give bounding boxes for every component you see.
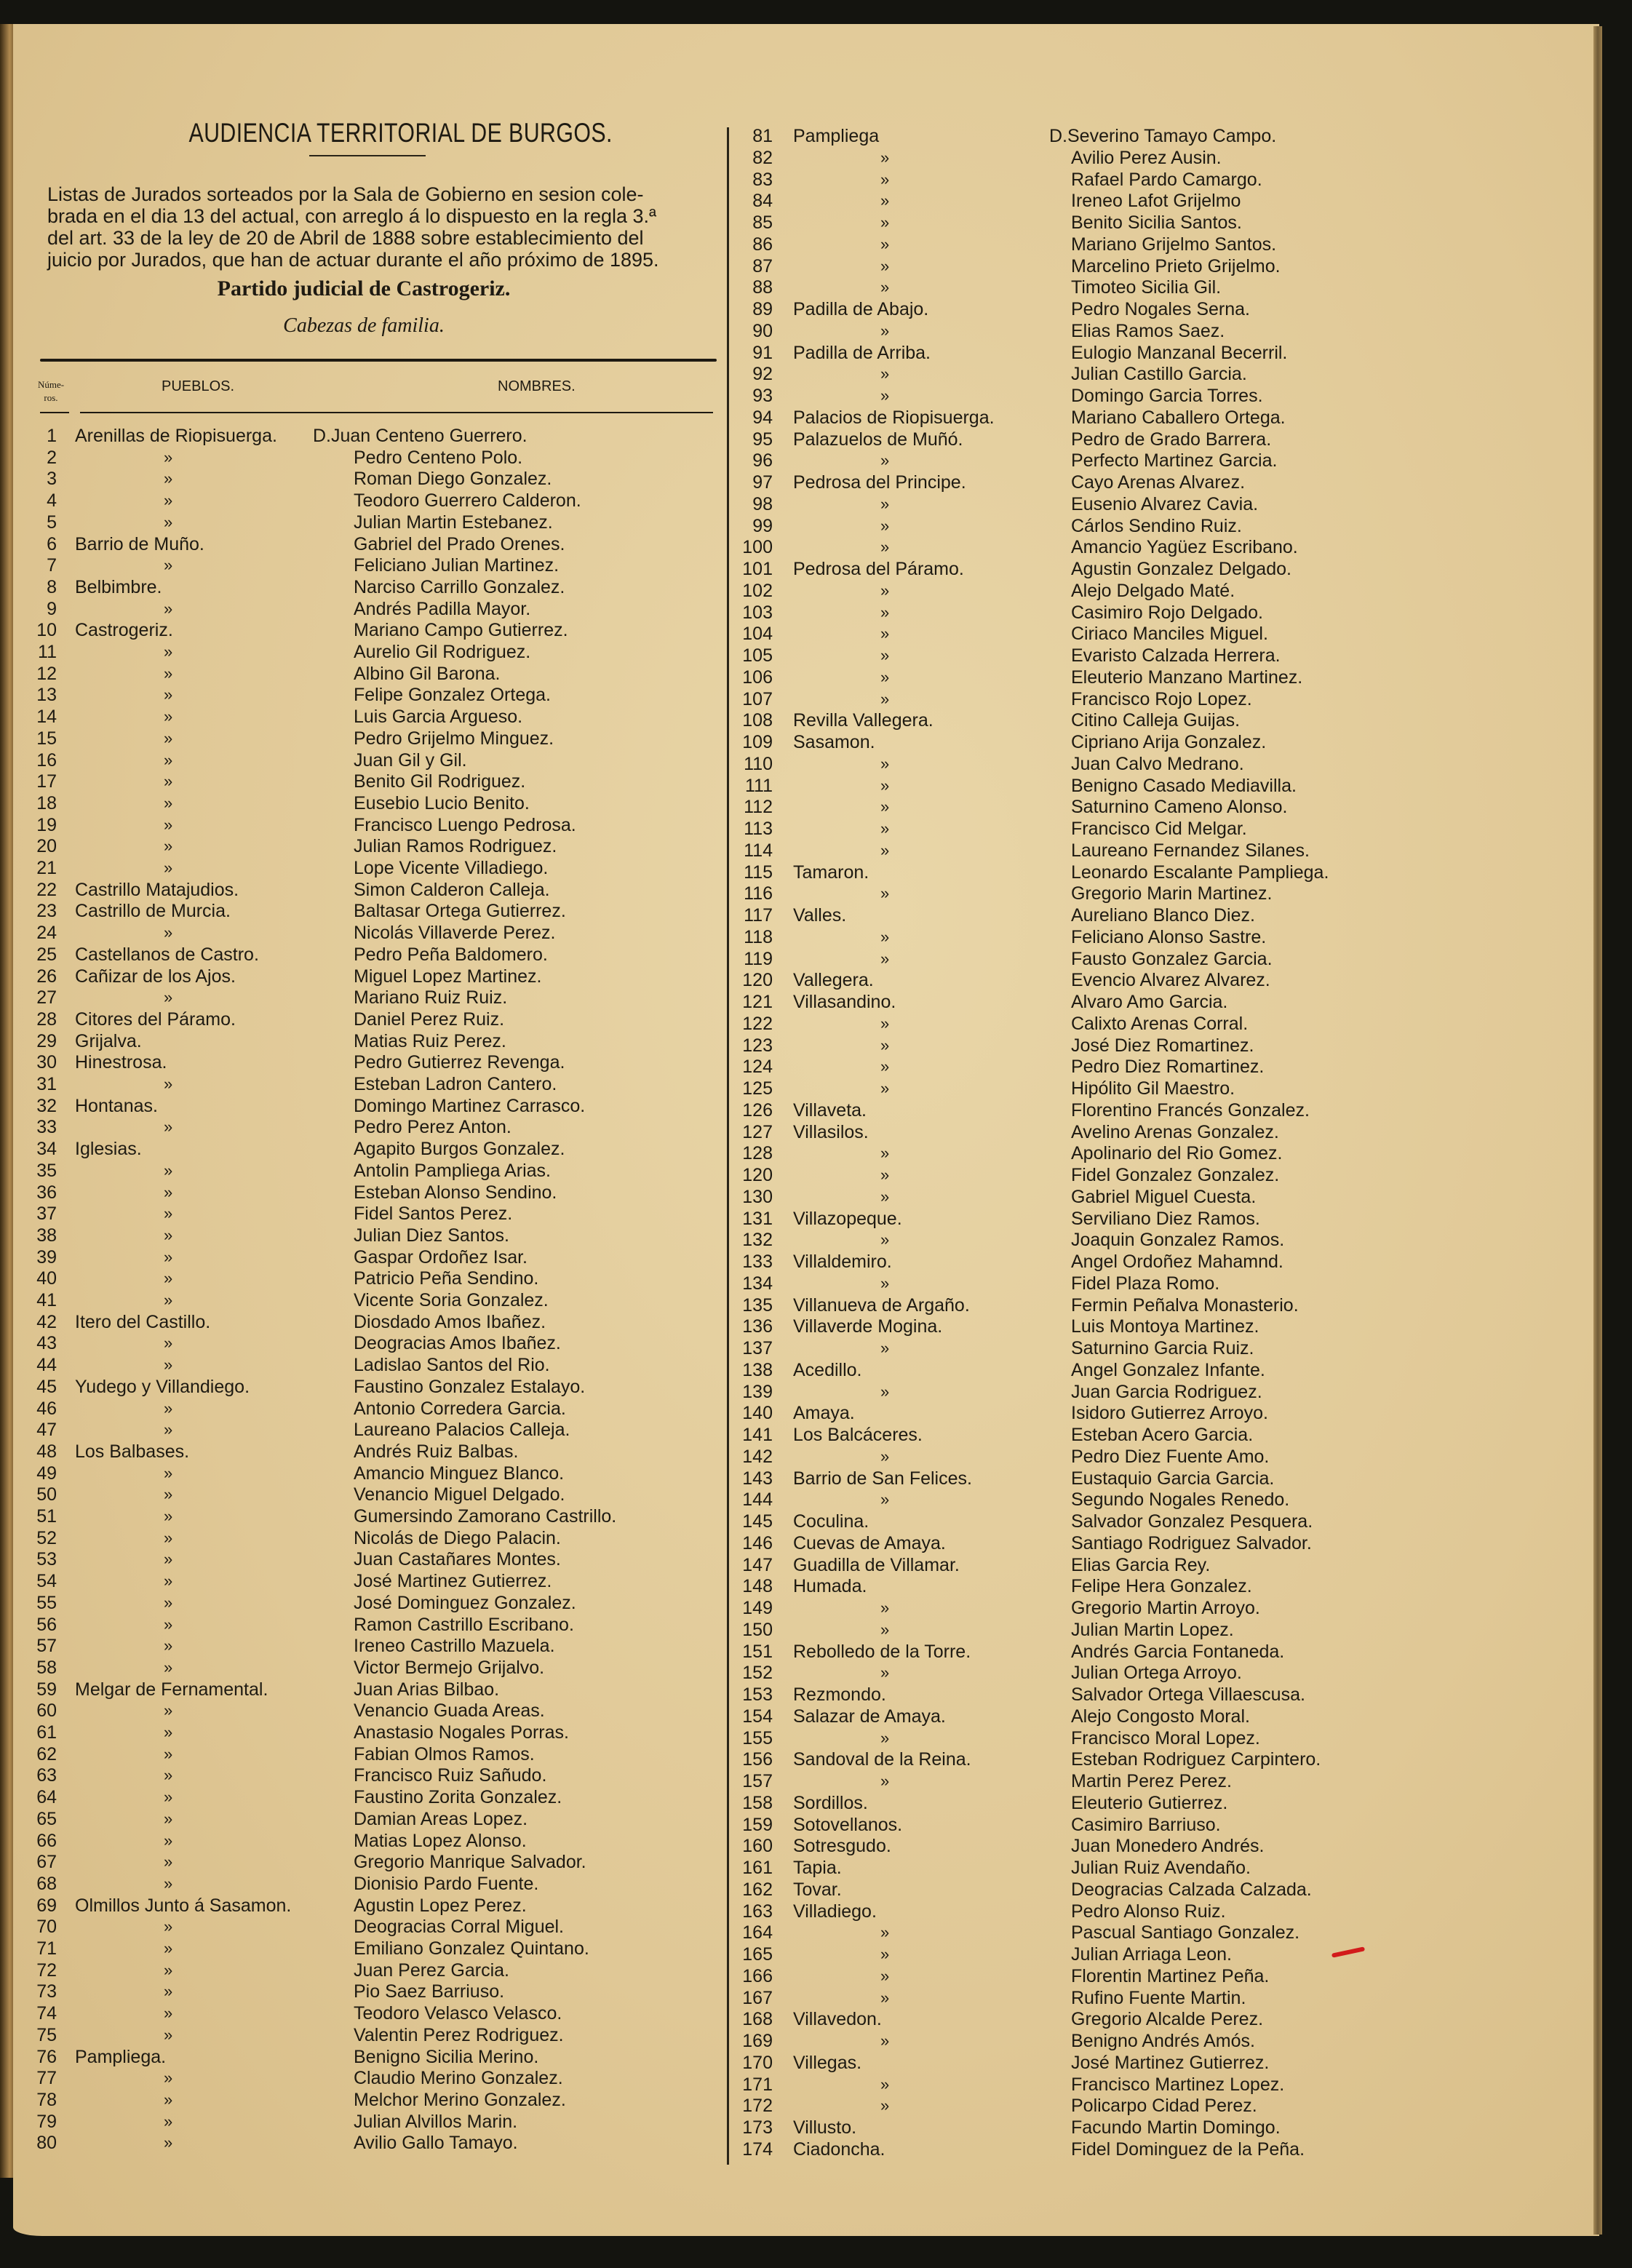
row-number: 136: [736, 1316, 773, 1337]
ditto-mark: »: [164, 1354, 172, 1376]
juror-name: Julian Ruiz Avendaño.: [1071, 1857, 1251, 1879]
ditto-mark: »: [164, 2132, 172, 2154]
juror-name: Pedro Gutierrez Revenga.: [354, 1051, 565, 1073]
juror-name: Damian Areas Lopez.: [354, 1808, 528, 1830]
row-number: 66: [29, 1830, 57, 1852]
juror-name: Julian Ramos Rodriguez.: [354, 835, 557, 857]
pueblo-name: Castrogeriz.: [75, 619, 173, 641]
row-number: 99: [736, 515, 773, 537]
ditto-mark: »: [880, 363, 889, 385]
row-number: 65: [29, 1808, 57, 1830]
ditto-mark: »: [164, 1160, 172, 1182]
juror-name: Faustino Gonzalez Estalayo.: [354, 1376, 585, 1398]
row-number: 161: [736, 1857, 773, 1879]
ditto-mark: »: [880, 1446, 889, 1468]
pueblo-name: Rezmondo.: [793, 1684, 886, 1706]
juror-name: Gabriel Miguel Cuesta.: [1071, 1186, 1256, 1208]
ditto-mark: »: [164, 1505, 172, 1527]
juror-name: Policarpo Cidad Perez.: [1071, 2095, 1257, 2117]
pueblo-name: Palacios de Riopisuerga.: [793, 407, 995, 429]
juror-name: Benito Gil Rodriguez.: [354, 771, 525, 792]
pueblo-name: Pedrosa del Principe.: [793, 471, 966, 493]
juror-name: Ciriaco Manciles Miguel.: [1071, 623, 1268, 645]
ditto-mark: »: [164, 922, 172, 944]
ditto-mark: »: [164, 1484, 172, 1505]
pueblo-name: Los Balbases.: [75, 1441, 189, 1463]
row-number: 121: [736, 991, 773, 1013]
ditto-mark: »: [880, 796, 889, 818]
ditto-mark: »: [880, 580, 889, 602]
row-number: 156: [736, 1748, 773, 1770]
juror-name: Julian Arriaga Leon.: [1071, 1943, 1232, 1965]
juror-name: Benito Sicilia Santos.: [1071, 212, 1242, 234]
row-number: 45: [29, 1376, 57, 1398]
juror-name: Aurelio Gil Rodriguez.: [354, 641, 530, 663]
juror-name: Julian Diez Santos.: [354, 1225, 509, 1246]
row-number: 23: [29, 900, 57, 922]
row-number: 16: [29, 749, 57, 771]
row-number: 135: [736, 1294, 773, 1316]
juror-name: Facundo Martin Domingo.: [1071, 2117, 1281, 2138]
ditto-mark: »: [880, 1273, 889, 1294]
ditto-mark: »: [880, 948, 889, 970]
juror-name: Avilio Gallo Tamayo.: [354, 2132, 518, 2154]
pueblo-name: Sandoval de la Reina.: [793, 1748, 971, 1770]
row-number: 73: [29, 1981, 57, 2002]
row-number: 5: [29, 512, 57, 533]
row-number: 36: [29, 1182, 57, 1203]
row-number: 31: [29, 1073, 57, 1095]
row-number: 108: [736, 709, 773, 731]
row-number: 32: [29, 1095, 57, 1117]
row-number: 112: [736, 796, 773, 818]
pueblo-name: Villaveta.: [793, 1099, 867, 1121]
row-number: 107: [736, 688, 773, 710]
juror-name: Fidel Plaza Romo.: [1071, 1273, 1219, 1294]
row-number: 144: [736, 1489, 773, 1511]
ditto-mark: »: [880, 775, 889, 797]
ditto-mark: »: [880, 276, 889, 298]
row-number: 37: [29, 1203, 57, 1225]
row-number: 167: [736, 1987, 773, 2009]
juror-name: Julian Alvillos Marin.: [354, 2111, 517, 2133]
row-number: 84: [736, 190, 773, 212]
juror-name: Cayo Arenas Alvarez.: [1071, 471, 1245, 493]
ditto-mark: »: [164, 857, 172, 879]
ditto-mark: »: [164, 1592, 172, 1614]
row-number: 86: [736, 234, 773, 255]
ditto-mark: »: [880, 234, 889, 255]
row-number: 145: [736, 1511, 773, 1532]
row-number: 155: [736, 1727, 773, 1749]
ditto-mark: »: [880, 818, 889, 840]
ditto-mark: »: [880, 1987, 889, 2009]
ditto-mark: »: [164, 1873, 172, 1895]
juror-name: Miguel Lopez Martinez.: [354, 966, 541, 987]
row-number: 91: [736, 342, 773, 364]
row-number: 9: [29, 598, 57, 620]
juror-name: Fidel Santos Perez.: [354, 1203, 512, 1225]
pueblo-name: Iglesias.: [75, 1138, 142, 1160]
ditto-mark: »: [880, 1922, 889, 1943]
row-number: 103: [736, 602, 773, 624]
row-number: 79: [29, 2111, 57, 2133]
ditto-mark: »: [164, 1808, 172, 1830]
pueblo-name: Belbimbre.: [75, 576, 162, 598]
row-number: 166: [736, 1965, 773, 1987]
row-number: 160: [736, 1835, 773, 1857]
juror-name: Alejo Congosto Moral.: [1071, 1706, 1250, 1727]
ditto-mark: »: [164, 1203, 172, 1225]
ditto-mark: »: [164, 1225, 172, 1246]
ditto-mark: »: [164, 468, 172, 490]
row-number: 17: [29, 771, 57, 792]
pueblo-name: Revilla Vallegera.: [793, 709, 934, 731]
row-number: 46: [29, 1398, 57, 1420]
pueblo-name: Acedillo.: [793, 1359, 862, 1381]
juror-name: Casimiro Rojo Delgado.: [1071, 602, 1263, 624]
juror-name: Deogracias Corral Miguel.: [354, 1916, 564, 1938]
juror-name: Pio Saez Barriuso.: [354, 1981, 504, 2002]
ditto-mark: »: [880, 1337, 889, 1359]
row-number: 53: [29, 1548, 57, 1570]
row-number: 77: [29, 2067, 57, 2089]
row-number: 158: [736, 1792, 773, 1814]
row-number: 90: [736, 320, 773, 342]
juror-name: Eusebio Lucio Benito.: [354, 792, 530, 814]
juror-name: Benigno Andrés Amós.: [1071, 2030, 1255, 2052]
pueblo-name: Padilla de Arriba.: [793, 342, 931, 364]
row-number: 24: [29, 922, 57, 944]
juror-name: Perfecto Martinez Garcia.: [1071, 450, 1277, 471]
juror-name: Rufino Fuente Martin.: [1071, 1987, 1246, 2009]
pueblo-name: Tovar.: [793, 1879, 842, 1901]
ditto-mark: »: [164, 771, 172, 792]
ditto-mark: »: [880, 2095, 889, 2117]
juror-name: Florentino Francés Gonzalez.: [1071, 1099, 1310, 1121]
ditto-mark: »: [880, 1381, 889, 1403]
row-number: 118: [736, 926, 773, 948]
ditto-mark: »: [880, 212, 889, 234]
juror-name: Evaristo Calzada Herrera.: [1071, 645, 1281, 667]
ditto-mark: »: [164, 2002, 172, 2024]
juror-name: Calixto Arenas Corral.: [1071, 1013, 1248, 1035]
juror-name: Pascual Santiago Gonzalez.: [1071, 1922, 1299, 1943]
juror-name: Francisco Moral Lopez.: [1071, 1727, 1260, 1749]
row-number: 94: [736, 407, 773, 429]
row-number: 75: [29, 2024, 57, 2046]
row-number: 38: [29, 1225, 57, 1246]
row-number: 89: [736, 298, 773, 320]
pueblo-name: Hontanas.: [75, 1095, 158, 1117]
pueblo-name: Coculina.: [793, 1511, 869, 1532]
ditto-mark: »: [164, 1182, 172, 1203]
row-number: 71: [29, 1938, 57, 1959]
ditto-mark: »: [164, 490, 172, 512]
pueblo-name: Hinestrosa.: [75, 1051, 167, 1073]
juror-name: Gaspar Ordoñez Isar.: [354, 1246, 528, 1268]
juror-name: Julian Martin Lopez.: [1071, 1619, 1234, 1641]
ditto-mark: »: [164, 1419, 172, 1441]
row-number: 22: [29, 879, 57, 901]
row-number: 139: [736, 1381, 773, 1403]
ditto-mark: »: [164, 1463, 172, 1484]
juror-name: Marcelino Prieto Grijelmo.: [1071, 255, 1281, 277]
pueblo-name: Tamaron.: [793, 862, 869, 883]
row-number: 60: [29, 1700, 57, 1722]
row-number: 123: [736, 1035, 773, 1057]
juror-name: Saturnino Cameno Alonso.: [1071, 796, 1287, 818]
row-number: 170: [736, 2052, 773, 2074]
pueblo-name: Sasamon.: [793, 731, 875, 753]
juror-name: Juan Perez Garcia.: [354, 1959, 509, 1981]
row-number: 13: [29, 684, 57, 706]
juror-name: Hipólito Gil Maestro.: [1071, 1078, 1235, 1099]
row-number: 114: [736, 840, 773, 862]
juror-name: Esteban Alonso Sendino.: [354, 1182, 557, 1203]
ditto-mark: »: [164, 1398, 172, 1420]
pueblo-name: Villasilos.: [793, 1121, 869, 1143]
row-number: 120: [736, 969, 773, 991]
row-number: 138: [736, 1359, 773, 1381]
page-title: AUDIENCIA TERRITORIAL DE BURGOS.: [188, 118, 549, 148]
juror-name: Isidoro Gutierrez Arroyo.: [1071, 1402, 1268, 1424]
ditto-mark: »: [164, 2024, 172, 2046]
row-number: 25: [29, 944, 57, 966]
ditto-mark: »: [880, 385, 889, 407]
juror-name: Daniel Perez Ruiz.: [354, 1008, 504, 1030]
ditto-mark: »: [164, 1959, 172, 1981]
juror-name: Nicolás Villaverde Perez.: [354, 922, 555, 944]
row-number: 124: [736, 1056, 773, 1078]
juror-name: Pedro Alonso Ruiz.: [1071, 1901, 1226, 1922]
row-number: 63: [29, 1764, 57, 1786]
ditto-mark: »: [164, 641, 172, 663]
ditto-mark: »: [880, 1597, 889, 1619]
row-number: 97: [736, 471, 773, 493]
pueblo-name: Villasandino.: [793, 991, 896, 1013]
row-number: 26: [29, 966, 57, 987]
juror-name: Francisco Luengo Pedrosa.: [354, 814, 576, 836]
row-number: 51: [29, 1505, 57, 1527]
juror-name: Avilio Perez Ausin.: [1071, 147, 1222, 169]
row-number: 159: [736, 1814, 773, 1836]
ditto-mark: »: [164, 1570, 172, 1592]
ditto-mark: »: [164, 728, 172, 749]
juror-name: Citino Calleja Guijas.: [1071, 709, 1240, 731]
pueblo-name: Arenillas de Riopisuerga.: [75, 425, 277, 447]
ditto-mark: »: [880, 515, 889, 537]
ditto-mark: »: [164, 554, 172, 576]
section-subtitle: Cabezas de familia.: [0, 314, 728, 338]
juror-name: Teodoro Guerrero Calderon.: [354, 490, 581, 512]
row-number: 132: [736, 1229, 773, 1251]
intro-line: del art. 33 de la ley de 20 de Abril de …: [47, 227, 717, 249]
juror-name: Laureano Fernandez Silanes.: [1071, 840, 1310, 862]
pueblo-name: Citores del Páramo.: [75, 1008, 236, 1030]
juror-name: Juan Garcia Rodriguez.: [1071, 1381, 1262, 1403]
ditto-mark: »: [164, 598, 172, 620]
ditto-mark: »: [164, 684, 172, 706]
ditto-mark: »: [164, 2089, 172, 2111]
row-number: 109: [736, 731, 773, 753]
juror-name: Juan Calvo Medrano.: [1071, 753, 1244, 775]
juror-name: Andrés Ruiz Balbas.: [354, 1441, 519, 1463]
column-header-pueblos: PUEBLOS.: [162, 378, 234, 395]
pueblo-name: Barrio de San Felices.: [793, 1468, 972, 1489]
juror-name: Matias Ruiz Perez.: [354, 1030, 506, 1052]
row-number: 120: [736, 1164, 773, 1186]
juror-name: D.Severino Tamayo Campo.: [1049, 125, 1276, 147]
juror-name: Laureano Palacios Calleja.: [354, 1419, 570, 1441]
row-number: 131: [736, 1208, 773, 1230]
juror-name: Pedro Peña Baldomero.: [354, 944, 548, 966]
ditto-mark: »: [164, 1332, 172, 1354]
ditto-mark: »: [164, 1548, 172, 1570]
row-number: 157: [736, 1770, 773, 1792]
juror-name: Victor Bermejo Grijalvo.: [354, 1657, 544, 1679]
ditto-mark: »: [164, 1938, 172, 1959]
row-number: 101: [736, 558, 773, 580]
ditto-mark: »: [164, 1116, 172, 1138]
row-number: 147: [736, 1554, 773, 1576]
juror-name: Eleuterio Gutierrez.: [1071, 1792, 1227, 1814]
pueblo-name: Yudego y Villandiego.: [75, 1376, 250, 1398]
row-number: 29: [29, 1030, 57, 1052]
juror-name: Domingo Garcia Torres.: [1071, 385, 1263, 407]
pueblo-name: Vallegera.: [793, 969, 874, 991]
row-number: 1: [29, 425, 57, 447]
row-number: 27: [29, 987, 57, 1008]
juror-name: Ireneo Castrillo Mazuela.: [354, 1635, 555, 1657]
ditto-mark: »: [880, 1229, 889, 1251]
ditto-mark: »: [164, 1527, 172, 1549]
intro-line: brada en el dia 13 del actual, con arreg…: [47, 205, 717, 227]
ditto-mark: »: [880, 1662, 889, 1684]
juror-name: Saturnino Garcia Ruiz.: [1071, 1337, 1254, 1359]
juror-name: Pedro Diez Fuente Amo.: [1071, 1446, 1269, 1468]
ditto-mark: »: [164, 2111, 172, 2133]
ditto-mark: »: [164, 1700, 172, 1722]
row-number: 96: [736, 450, 773, 471]
ditto-mark: »: [880, 645, 889, 667]
numeros-line2: ros.: [36, 391, 65, 405]
juror-name: Elias Ramos Saez.: [1071, 320, 1225, 342]
ditto-mark: »: [880, 1142, 889, 1164]
row-number: 20: [29, 835, 57, 857]
juror-name: Eusenio Alvarez Cavia.: [1071, 493, 1258, 515]
row-number: 115: [736, 862, 773, 883]
ditto-mark: »: [164, 1657, 172, 1679]
juror-name: Alvaro Amo Garcia.: [1071, 991, 1227, 1013]
row-number: 80: [29, 2132, 57, 2154]
pueblo-name: Padilla de Abajo.: [793, 298, 928, 320]
row-number: 100: [736, 536, 773, 558]
ditto-mark: »: [164, 512, 172, 533]
juror-name: Mariano Caballero Ortega.: [1071, 407, 1286, 429]
ditto-mark: »: [164, 835, 172, 857]
pueblo-name: Sordillos.: [793, 1792, 868, 1814]
juror-name: Julian Castillo Garcia.: [1071, 363, 1247, 385]
ditto-mark: »: [164, 1743, 172, 1765]
juror-name: Esteban Ladron Cantero.: [354, 1073, 557, 1095]
juror-name: Julian Ortega Arroyo.: [1071, 1662, 1242, 1684]
pueblo-name: Rebolledo de la Torre.: [793, 1641, 971, 1663]
juror-name: Nicolás de Diego Palacin.: [354, 1527, 561, 1549]
row-number: 7: [29, 554, 57, 576]
ditto-mark: »: [880, 1186, 889, 1208]
juror-name: Esteban Acero Garcia.: [1071, 1424, 1253, 1446]
header-rule-bottom: [80, 412, 713, 413]
row-number: 83: [736, 169, 773, 191]
pueblo-name: Valles.: [793, 904, 846, 926]
juror-name: Amancio Minguez Blanco.: [354, 1463, 564, 1484]
juror-name: Deogracias Amos Ibañez.: [354, 1332, 561, 1354]
juror-name: Esteban Rodriguez Carpintero.: [1071, 1748, 1321, 1770]
ditto-mark: »: [164, 447, 172, 469]
column-header-nombres: NOMBRES.: [498, 378, 576, 395]
row-number: 3: [29, 468, 57, 490]
row-number: 146: [736, 1532, 773, 1554]
row-number: 48: [29, 1441, 57, 1463]
juror-name: Ladislao Santos del Rio.: [354, 1354, 550, 1376]
juror-name: Pedro Diez Romartinez.: [1071, 1056, 1264, 1078]
pueblo-name: Humada.: [793, 1575, 867, 1597]
ditto-mark: »: [880, 450, 889, 471]
ditto-mark: »: [880, 536, 889, 558]
juror-name: Fidel Dominguez de la Peña.: [1071, 2138, 1305, 2160]
row-number: 164: [736, 1922, 773, 1943]
row-number: 72: [29, 1959, 57, 1981]
row-number: 174: [736, 2138, 773, 2160]
juror-name: Pedro Grijelmo Minguez.: [354, 728, 554, 749]
juror-name: Agustin Lopez Perez.: [354, 1895, 527, 1917]
juror-name: D.Juan Centeno Guerrero.: [313, 425, 528, 447]
pueblo-name: Palazuelos de Muñó.: [793, 429, 963, 450]
row-number: 151: [736, 1641, 773, 1663]
row-number: 61: [29, 1722, 57, 1743]
ditto-mark: »: [880, 1013, 889, 1035]
ditto-mark: »: [880, 190, 889, 212]
ditto-mark: »: [880, 1727, 889, 1749]
juror-name: Francisco Martinez Lopez.: [1071, 2074, 1284, 2096]
pueblo-name: Villavedon.: [793, 2008, 882, 2030]
juror-name: Francisco Rojo Lopez.: [1071, 688, 1252, 710]
juror-name: Simon Calderon Calleja.: [354, 879, 550, 901]
juror-name: Rafael Pardo Camargo.: [1071, 169, 1262, 191]
juror-name: Gumersindo Zamorano Castrillo.: [354, 1505, 616, 1527]
row-number: 111: [736, 775, 773, 797]
row-number: 119: [736, 948, 773, 970]
ditto-mark: »: [164, 1764, 172, 1786]
row-number: 82: [736, 147, 773, 169]
juror-name: Albino Gil Barona.: [354, 663, 501, 685]
juror-name: Feliciano Alonso Sastre.: [1071, 926, 1266, 948]
juror-name: Ramon Castrillo Escribano.: [354, 1614, 574, 1636]
juror-name: Venancio Guada Areas.: [354, 1700, 545, 1722]
ditto-mark: »: [880, 2074, 889, 2096]
juror-name: Martin Perez Perez.: [1071, 1770, 1232, 1792]
ditto-mark: »: [880, 1056, 889, 1078]
juror-name: Salvador Gonzalez Pesquera.: [1071, 1511, 1313, 1532]
ditto-mark: »: [164, 1786, 172, 1808]
row-number: 57: [29, 1635, 57, 1657]
row-number: 117: [736, 904, 773, 926]
pueblo-name: Sotresgudo.: [793, 1835, 891, 1857]
juror-name: Felipe Gonzalez Ortega.: [354, 684, 551, 706]
ditto-mark: »: [880, 255, 889, 277]
juror-name: Pedro Centeno Polo.: [354, 447, 522, 469]
